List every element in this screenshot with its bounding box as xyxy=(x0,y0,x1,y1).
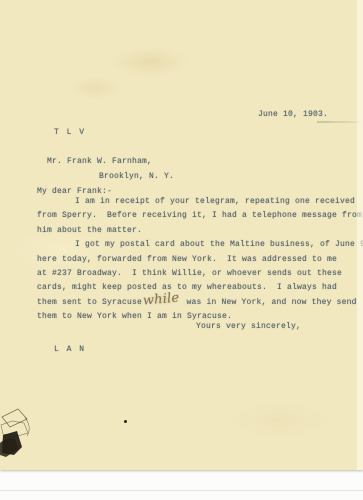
ink-dot-mark xyxy=(124,420,127,423)
body-line-segment: them sent to Syracuse xyxy=(37,298,142,307)
scan-artifact-line xyxy=(0,490,363,491)
body-line: I am in receipt of your telegram, repeat… xyxy=(37,195,357,209)
body-line: him about the matter. xyxy=(37,224,357,238)
body-line: I got my postal card about the Maltine b… xyxy=(37,238,357,252)
body-line: from Sperry. Before receiving it, I had … xyxy=(37,209,357,223)
body-line-segment: was in New York, and now they send xyxy=(187,298,357,307)
handwritten-insert: while xyxy=(143,294,180,305)
date-underline-smudge xyxy=(317,121,362,123)
body-line: cards, might keep posted as to my wherea… xyxy=(37,281,357,295)
recipient-name-line: Mr. Frank W. Farnham, xyxy=(47,157,152,166)
letter-paper: June 10, 1903. T L V Mr. Frank W. Farnha… xyxy=(0,0,363,470)
body-line: here today, forwarded from New York. It … xyxy=(37,253,357,267)
scan-background xyxy=(0,470,363,500)
closing-line: Yours very sincerely, xyxy=(196,322,301,331)
body-line: at #237 Broadway. I think Willie, or who… xyxy=(37,267,357,281)
ink-blot-mark xyxy=(0,403,34,470)
letter-body: I am in receipt of your telegram, repeat… xyxy=(37,195,357,325)
typist-initials: T L V xyxy=(54,128,86,137)
body-line: them sent to Syracusewhilewas in New Yor… xyxy=(37,296,357,310)
recipient-city-line: Brooklyn, N. Y. xyxy=(99,172,174,181)
date-line: June 10, 1903. xyxy=(258,110,328,119)
sender-initials: L A N xyxy=(54,345,86,354)
